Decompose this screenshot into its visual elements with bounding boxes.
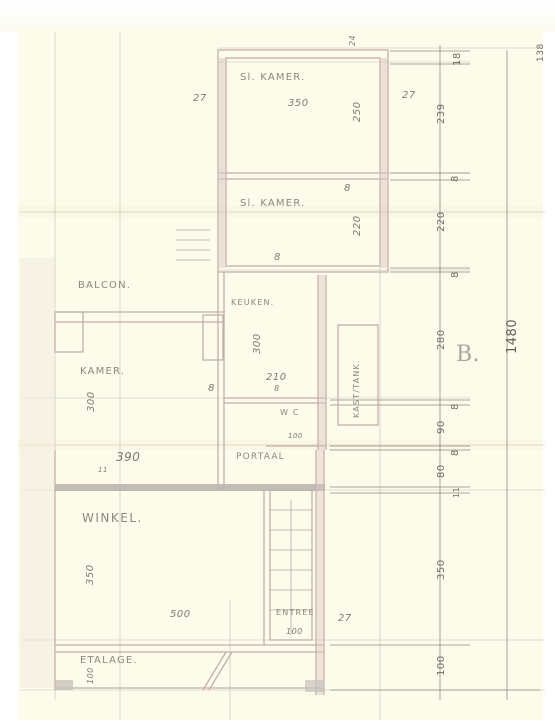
room-label-etalage: ETALAGE. xyxy=(80,655,138,666)
dim-winkel-width: 500 xyxy=(170,609,191,620)
dim-sk1-wall-right: 27 xyxy=(402,90,416,101)
dim-total: 1480 xyxy=(505,319,520,354)
dim-right-8c: 8 xyxy=(450,403,461,410)
room-label-balcon: BALCON. xyxy=(78,280,131,291)
dim-wc-door: 100 xyxy=(288,432,303,440)
dim-sk1-wall-top: 24 xyxy=(348,35,357,46)
dim-right-8a: 8 xyxy=(450,175,461,182)
dim-sk2-depth: 220 xyxy=(352,215,363,236)
room-label-winkel: WINKEL. xyxy=(82,511,143,525)
dim-sk2-wall-bottom: 8 xyxy=(274,252,281,263)
room-label-portaal: PORTAAL xyxy=(236,452,285,462)
dim-keuken-depth: 300 xyxy=(252,333,263,354)
dim-sk1-wall-left: 27 xyxy=(193,93,207,104)
dimension-lines xyxy=(330,45,540,700)
dim-entree-wall: 27 xyxy=(338,613,352,624)
room-label-slaapkamer-1: Sl. KAMER. xyxy=(240,72,305,83)
dim-right-8b: 8 xyxy=(450,271,461,278)
dim-winkel-width-top: 390 xyxy=(116,450,140,464)
dim-right-18: 18 xyxy=(452,52,463,66)
dim-winkel-wall: 11 xyxy=(98,466,108,474)
dim-right-350: 350 xyxy=(436,559,447,580)
sheet-label: B. xyxy=(456,342,480,367)
dim-right-11: 11 xyxy=(452,487,461,498)
dim-right-239: 239 xyxy=(436,103,447,124)
dim-right-280: 280 xyxy=(436,329,447,350)
dim-right-80: 80 xyxy=(436,464,447,478)
room-label-entree: ENTREE xyxy=(276,608,315,617)
room-label-kamer: KAMER. xyxy=(80,366,125,377)
room-label-kast-tank: KAST/TANK. xyxy=(352,359,361,418)
room-label-keuken: KEUKEN. xyxy=(231,298,274,307)
room-label-wc: W C xyxy=(280,408,300,417)
dim-etalage-depth: 100 xyxy=(86,667,95,684)
dim-entree-width: 100 xyxy=(286,627,303,636)
dim-wc-width: 210 xyxy=(266,372,287,383)
dim-right-90: 90 xyxy=(436,420,447,434)
dim-sk-partition: 8 xyxy=(344,183,351,194)
dim-kamer-wall: 8 xyxy=(208,383,215,394)
dim-right-220: 220 xyxy=(436,211,447,232)
dim-kamer-depth: 300 xyxy=(86,391,97,412)
dim-right-100: 100 xyxy=(436,655,447,676)
room-label-slaapkamer-2: Sl. KAMER. xyxy=(240,198,305,209)
dim-overall-top: 138 xyxy=(536,43,546,62)
dim-sk1-depth: 250 xyxy=(352,101,363,122)
winkel-wall xyxy=(55,484,325,491)
dim-right-8d: 8 xyxy=(450,449,461,456)
dim-wc-wall: 8 xyxy=(274,384,280,393)
dim-sk1-width: 350 xyxy=(288,98,309,109)
dim-winkel-depth: 350 xyxy=(85,564,96,585)
